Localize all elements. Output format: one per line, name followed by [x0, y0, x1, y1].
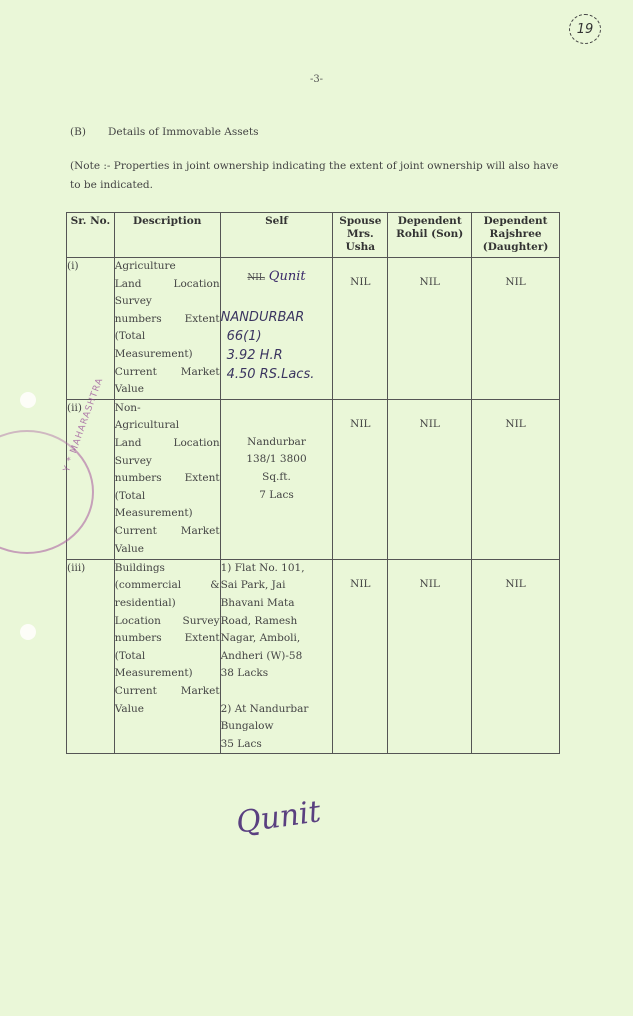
row-dep1-value: NIL	[388, 399, 472, 559]
description-line: Value	[115, 701, 220, 719]
description-line: numbers Extent	[115, 470, 220, 488]
self-line: Road, Ramesh	[221, 613, 333, 631]
header-description: Description	[114, 213, 220, 258]
description-line: Land Location	[115, 435, 220, 453]
row-dep2-value: NIL	[472, 399, 560, 559]
row-self-value: 1) Flat No. 101,Sai Park, JaiBhavani Mat…	[220, 559, 333, 754]
self-line: Nagar, Amboli,	[221, 630, 333, 648]
description-line: Current Market	[115, 523, 220, 541]
self-line: Bhavani Mata	[221, 595, 333, 613]
description-line: Value	[115, 541, 220, 559]
punch-hole	[20, 392, 36, 408]
row-dep2-value: NIL	[472, 258, 560, 400]
self-line: 1) Flat No. 101,	[221, 560, 333, 578]
table-row: (i)AgricultureLand LocationSurveynumbers…	[67, 258, 560, 400]
self-line: Sai Park, Jai	[221, 577, 333, 595]
header-sr-no: Sr. No.	[67, 213, 115, 258]
description-line: Buildings	[115, 560, 220, 578]
handwritten-line: 4.50 RS.Lacs.	[221, 365, 333, 384]
section-note: (Note :- Properties in joint ownership i…	[70, 157, 562, 195]
row-sr-no: (iii)	[67, 559, 115, 754]
handwritten-line: 3.92 H.R	[221, 346, 333, 365]
row-description: Buildings(commercial &residential)Locati…	[114, 559, 220, 754]
page-marker: -3-	[0, 74, 633, 85]
table-header-row: Sr. No. Description Self Spouse Mrs. Ush…	[67, 213, 560, 258]
initials: Qunit	[269, 269, 306, 284]
row-self-value: NILQunitNANDURBAR66(1)3.92 H.R4.50 RS.La…	[220, 258, 333, 400]
table-row: (ii)Non-AgriculturalLand LocationSurveyn…	[67, 399, 560, 559]
header-dependent-daughter: Dependent Rajshree (Daughter)	[472, 213, 560, 258]
section-title: Details of Immovable Assets	[108, 126, 259, 138]
description-line: Location Survey	[115, 613, 220, 631]
row-description: AgricultureLand LocationSurveynumbers Ex…	[114, 258, 220, 400]
description-line: Land Location	[115, 276, 220, 294]
header-self: Self	[220, 213, 333, 258]
row-sr-no: (i)	[67, 258, 115, 400]
self-line: 35 Lacs	[221, 736, 333, 754]
description-line: Measurement)	[115, 346, 220, 364]
description-line: (Total	[115, 488, 220, 506]
self-line: 138/1 3800	[221, 451, 333, 469]
description-line: Measurement)	[115, 505, 220, 523]
self-line: Bungalow	[221, 718, 333, 736]
description-line: Current Market	[115, 364, 220, 382]
handwritten-line: NANDURBAR	[221, 308, 333, 327]
row-spouse-value: NIL	[333, 258, 388, 400]
row-dep2-value: NIL	[472, 559, 560, 754]
row-spouse-value: NIL	[333, 399, 388, 559]
description-line: Current Market	[115, 683, 220, 701]
folio-number: 19	[569, 14, 601, 44]
handwritten-line: 66(1)	[221, 327, 333, 346]
immovable-assets-table: Sr. No. Description Self Spouse Mrs. Ush…	[66, 212, 560, 754]
header-spouse: Spouse Mrs. Usha	[333, 213, 388, 258]
description-line: (Total	[115, 328, 220, 346]
description-line: Measurement)	[115, 665, 220, 683]
description-line: residential)	[115, 595, 220, 613]
header-dependent-son: Dependent Rohil (Son)	[388, 213, 472, 258]
amended-entry: NILQunit	[221, 268, 333, 288]
signature: Qunit	[234, 794, 323, 840]
description-line: Survey	[115, 293, 220, 311]
self-line: 38 Lacks	[221, 665, 333, 683]
description-line: numbers Extent	[115, 630, 220, 648]
row-description: Non-AgriculturalLand LocationSurveynumbe…	[114, 399, 220, 559]
self-line: Nandurbar	[221, 434, 333, 452]
punch-hole	[20, 624, 36, 640]
description-line: Survey	[115, 453, 220, 471]
description-line: Agriculture	[115, 258, 220, 276]
self-line: Sq.ft.	[221, 469, 333, 487]
description-line: (commercial &	[115, 577, 220, 595]
row-dep1-value: NIL	[388, 258, 472, 400]
section-heading: (B)Details of Immovable Assets	[70, 126, 259, 138]
self-line: 7 Lacs	[221, 487, 333, 505]
description-line: Value	[115, 381, 220, 399]
row-spouse-value: NIL	[333, 559, 388, 754]
description-line: Agricultural	[115, 417, 220, 435]
row-dep1-value: NIL	[388, 559, 472, 754]
description-line: numbers Extent	[115, 311, 220, 329]
description-line: Non-	[115, 400, 220, 418]
row-self-value: Nandurbar138/1 3800Sq.ft.7 Lacs	[220, 399, 333, 559]
self-line: Andheri (W)-58	[221, 648, 333, 666]
struck-nil-text: NIL	[247, 273, 264, 283]
self-line	[221, 683, 333, 701]
table-row: (iii)Buildings(commercial &residential)L…	[67, 559, 560, 754]
description-line: (Total	[115, 648, 220, 666]
self-line: 2) At Nandurbar	[221, 701, 333, 719]
section-id: (B)	[70, 126, 108, 138]
